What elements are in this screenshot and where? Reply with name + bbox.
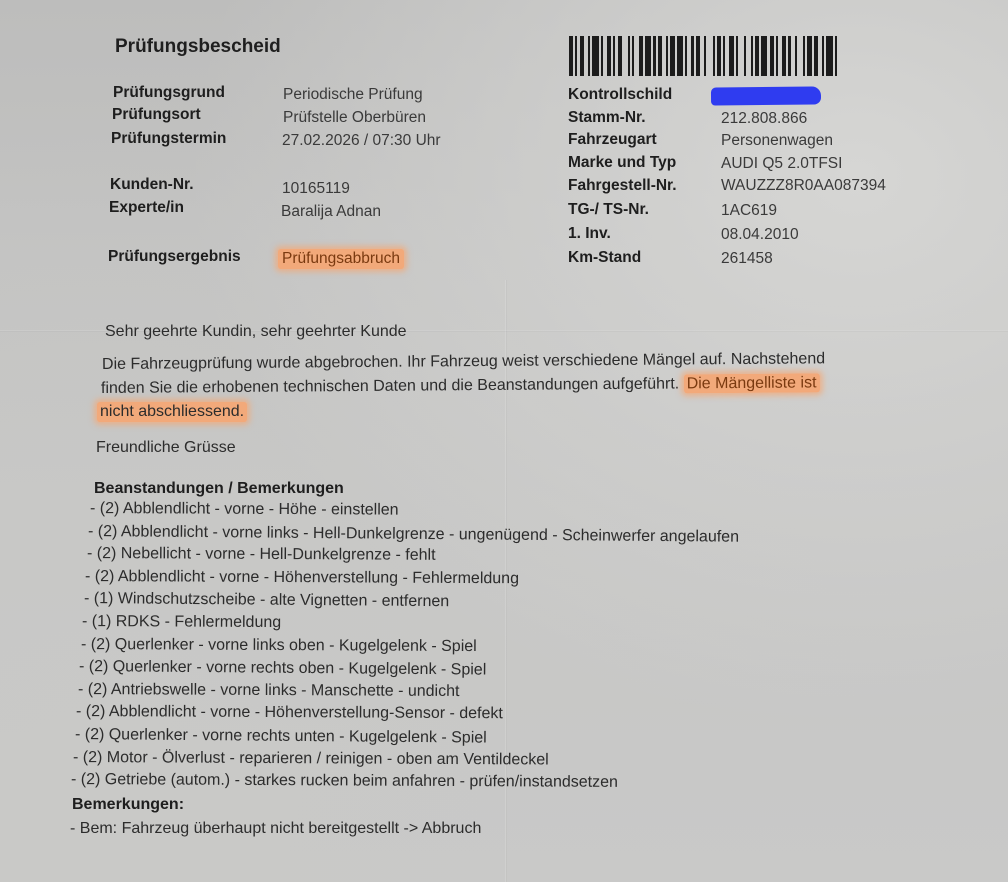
paragraph-line-1: Die Fahrzeugprüfung wurde abgebrochen. I…	[102, 350, 825, 374]
field-label-fahrgestell-nr: Fahrgestell-Nr.	[568, 177, 677, 195]
defect-item: - (2) Abblendlicht - vorne links - Hell-…	[88, 523, 739, 547]
defect-item: - (2) Querlenker - vorne rechts oben - K…	[79, 658, 486, 680]
field-value-fahrgestell-nr: WAUZZZ8R0AA087394	[721, 177, 886, 195]
field-label-pruefungsort: Prüfungsort	[112, 106, 201, 124]
field-label-stamm-nr: Stamm-Nr.	[568, 109, 646, 127]
field-value-inverkehrsetzung: 08.04.2010	[721, 226, 799, 244]
field-label-pruefungsgrund: Prüfungsgrund	[113, 84, 225, 102]
field-label-inverkehrsetzung: 1. Inv.	[568, 225, 611, 243]
field-value-experte: Baralija Adnan	[281, 203, 381, 221]
status-badge-pruefungsergebnis: Prüfungsabbruch	[278, 249, 404, 269]
highlight-nicht-abschliessend: nicht abschliessend.	[97, 402, 247, 422]
field-value-pruefungsort: Prüfstelle Oberbüren	[283, 109, 426, 127]
field-value-pruefungstermin: 27.02.2026 / 07:30 Uhr	[282, 132, 441, 150]
defect-item: - (2) Querlenker - vorne rechts unten - …	[74, 726, 486, 748]
field-label-kunden-nr: Kunden-Nr.	[110, 176, 194, 194]
defect-item: - (1) Windschutzscheibe - alte Vignetten…	[84, 590, 449, 611]
defect-item: - (2) Nebellicht - vorne - Hell-Dunkelgr…	[87, 545, 436, 565]
field-value-stamm-nr: 212.808.866	[721, 110, 807, 128]
field-label-fahrzeugart: Fahrzeugart	[568, 131, 657, 149]
barcode-bar	[837, 36, 841, 76]
paragraph-line-2-text: finden Sie die erhobenen technischen Dat…	[101, 375, 679, 397]
field-value-fahrzeugart: Personenwagen	[721, 132, 833, 150]
defect-item: - (2) Abblendlicht - vorne - Höhe - eins…	[90, 500, 399, 520]
field-label-pruefungstermin: Prüfungstermin	[111, 130, 226, 148]
field-value-marke-typ: AUDI Q5 2.0TFSI	[721, 155, 842, 173]
defect-item: - (2) Motor - Ölverlust - reparieren / r…	[73, 749, 549, 769]
defects-heading: Beanstandungen / Bemerkungen	[94, 480, 344, 498]
field-label-experte: Experte/in	[109, 199, 184, 217]
remarks-heading: Bemerkungen:	[72, 796, 184, 814]
salutation: Sehr geehrte Kundin, sehr geehrter Kunde	[105, 323, 407, 341]
redaction-mark	[711, 86, 821, 105]
document-title: Prüfungsbescheid	[115, 36, 281, 58]
field-label-marke-typ: Marke und Typ	[568, 154, 676, 172]
field-label-pruefungsergebnis: Prüfungsergebnis	[108, 248, 241, 266]
defect-item: - (1) RDKS - Fehlermeldung	[82, 613, 281, 632]
highlight-maengelliste: Die Mängelliste ist	[684, 373, 820, 393]
field-label-km-stand: Km-Stand	[568, 249, 641, 267]
field-value-pruefungsgrund: Periodische Prüfung	[283, 86, 423, 104]
defect-item: - (2) Antriebswelle - vorne links - Mans…	[78, 681, 460, 701]
barcode-icon	[569, 36, 842, 76]
field-label-kontrollschild: Kontrollschild	[568, 86, 672, 104]
field-value-km-stand: 261458	[721, 250, 773, 268]
defect-item: - (2) Abblendlicht - vorne - Höhenverste…	[85, 568, 519, 588]
defect-item: - (2) Getriebe (autom.) - starkes rucken…	[71, 771, 618, 792]
field-value-tg-ts-nr: 1AC619	[721, 202, 777, 220]
defect-item: - (2) Querlenker - vorne links oben - Ku…	[81, 636, 477, 656]
paragraph-line-2: finden Sie die erhobenen technischen Dat…	[101, 374, 820, 398]
field-value-kunden-nr: 10165119	[282, 180, 350, 198]
remark-item: - Bem: Fahrzeug überhaupt nicht bereitge…	[70, 820, 481, 838]
defect-item: - (2) Abblendlicht - vorne - Höhenverste…	[76, 703, 503, 723]
closing: Freundliche Grüsse	[96, 439, 236, 457]
field-label-tg-ts-nr: TG-/ TS-Nr.	[568, 201, 649, 219]
